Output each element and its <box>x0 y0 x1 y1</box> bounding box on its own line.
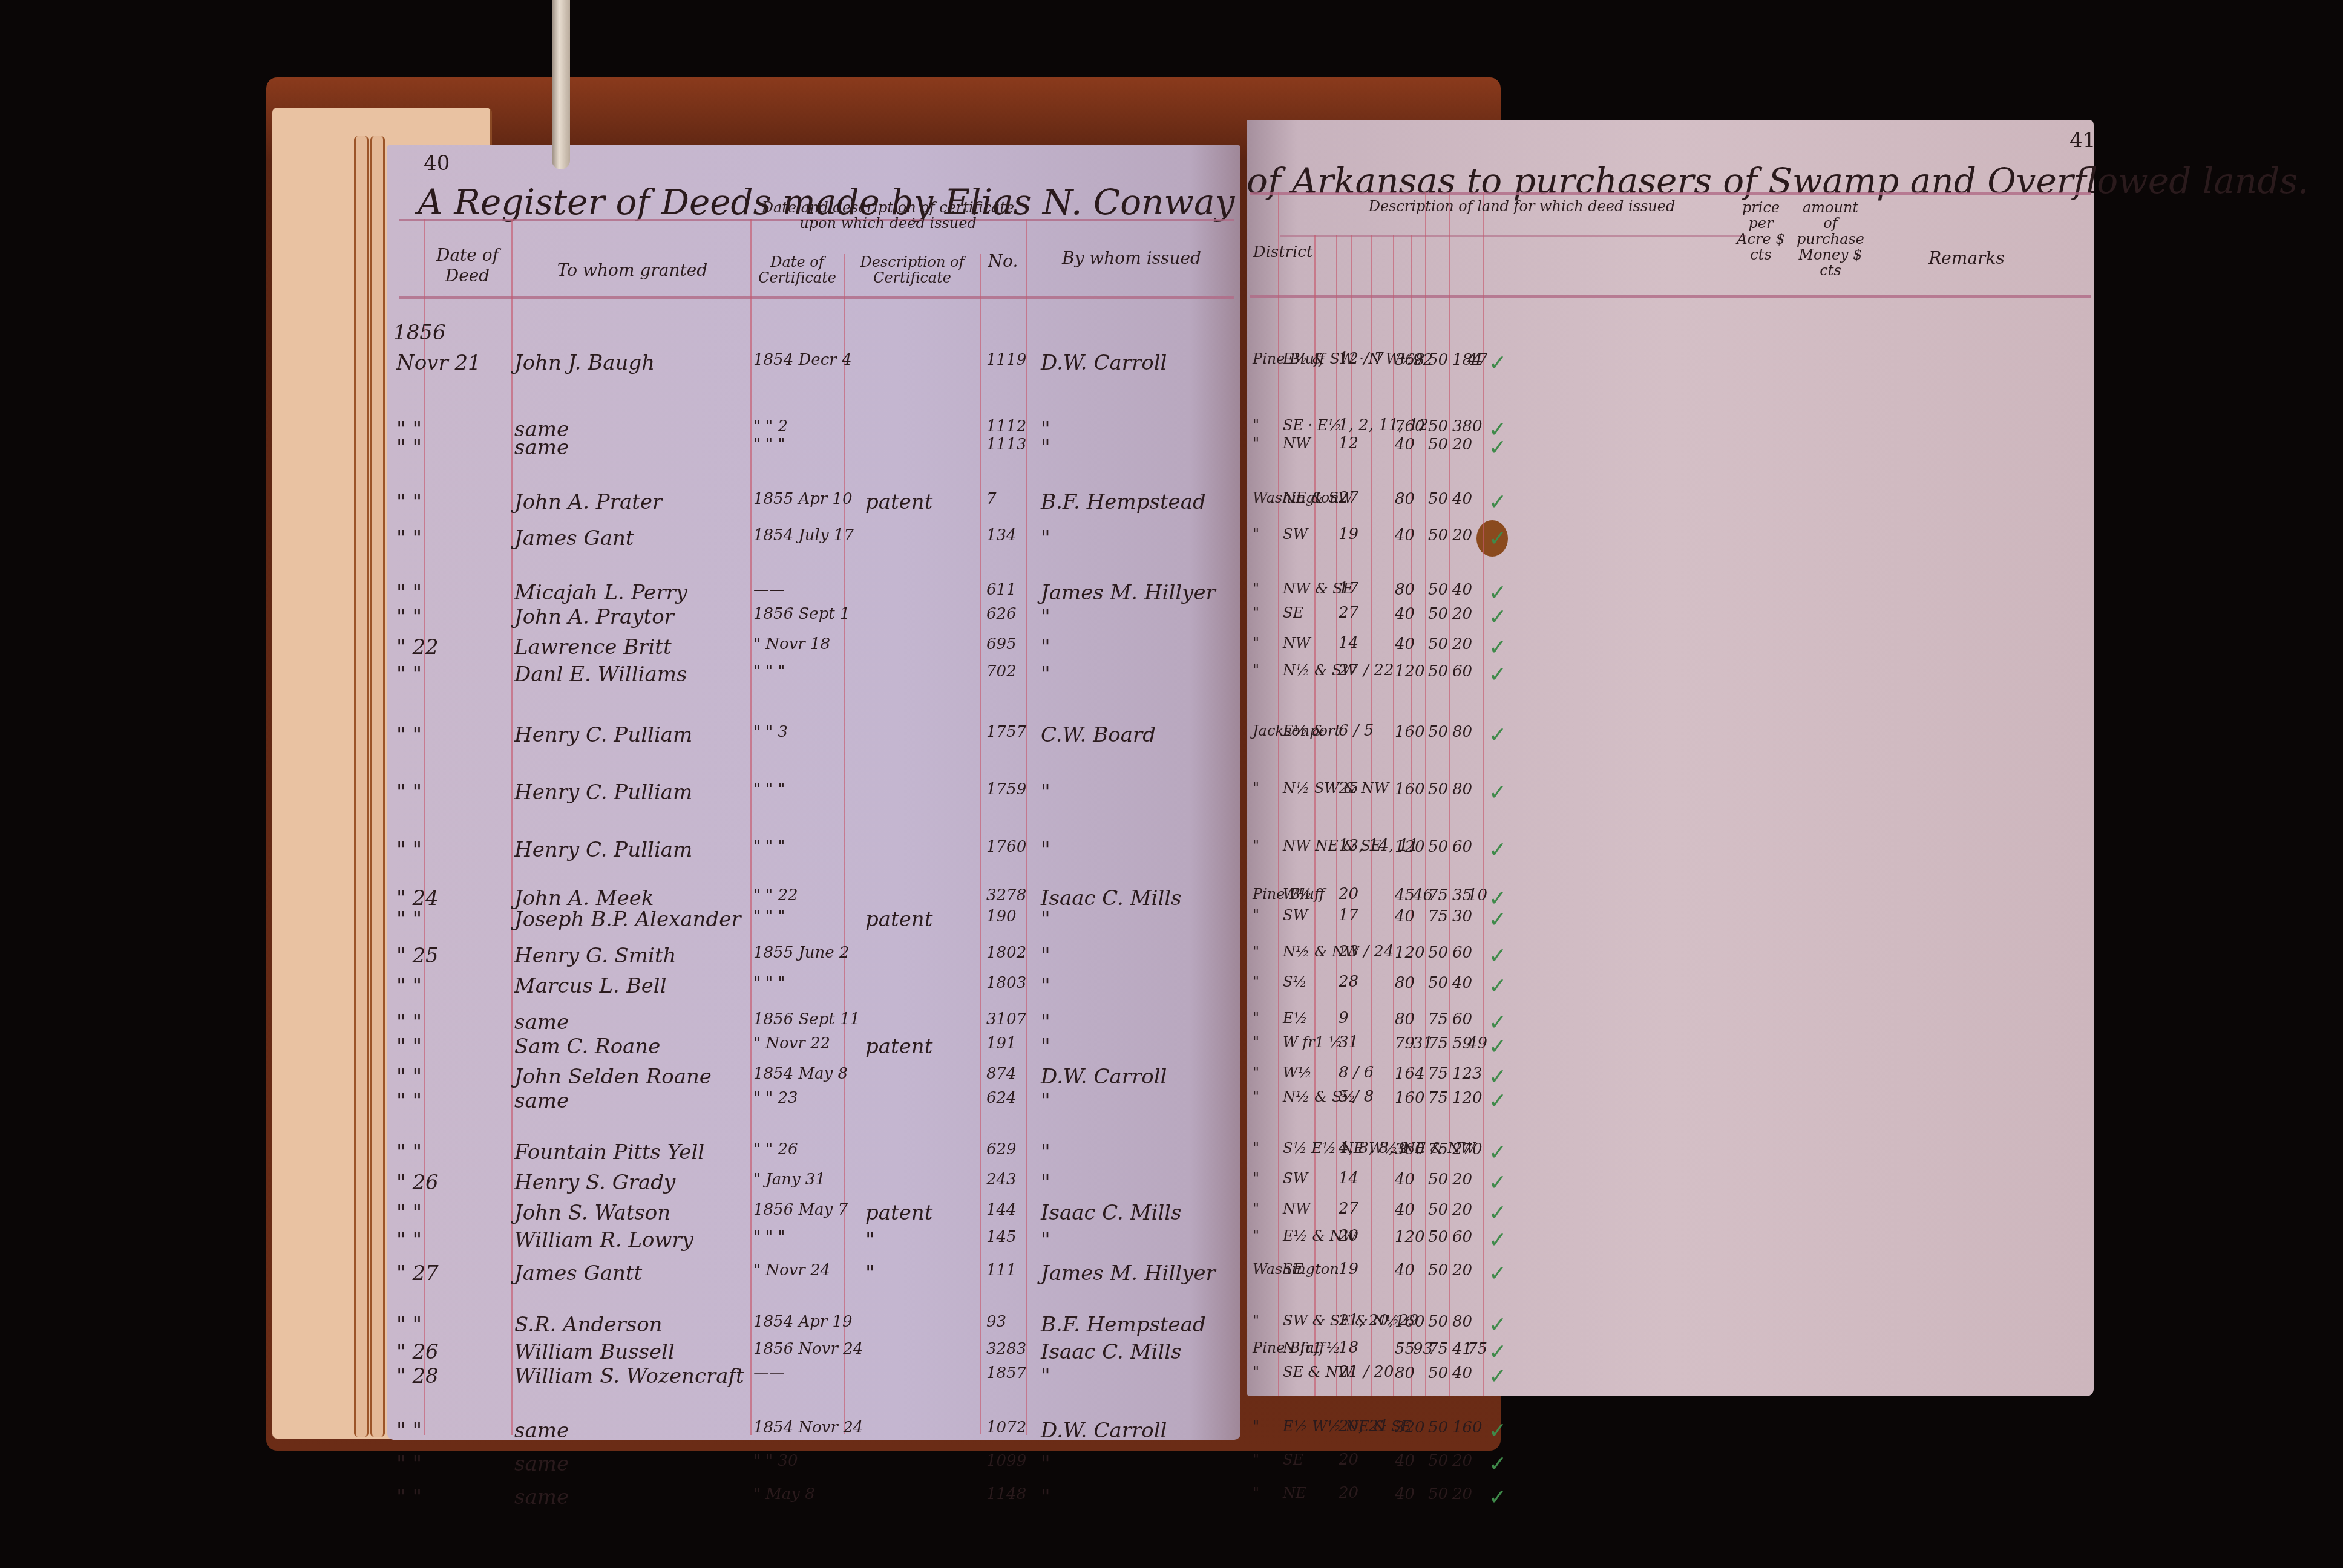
section: 14 <box>1339 1171 1358 1186</box>
issued-by: James M. Hillyer <box>1041 1261 1216 1285</box>
certificate-number: 3283 <box>986 1340 1026 1358</box>
certificate-number: 874 <box>986 1065 1017 1083</box>
grantee-name: Fountain Pitts Yell <box>514 1140 704 1165</box>
certificate-number: 695 <box>986 635 1017 653</box>
issued-by: D.W. Carroll <box>1041 1065 1167 1089</box>
district: " <box>1253 1171 1259 1186</box>
grantee-name: same <box>514 1452 569 1476</box>
certificate-date: " " " <box>753 838 785 856</box>
price-per-acre: 50 <box>1428 838 1448 856</box>
remarks-check: ✓ <box>1489 605 1507 630</box>
purchase-money: 20 <box>1452 1201 1472 1219</box>
date-of-deed: " " <box>396 1419 422 1443</box>
date-of-deed: " " <box>396 526 422 550</box>
header-remarks: Remarks <box>1876 248 2057 269</box>
certificate-date: " " 3 <box>753 723 788 741</box>
issued-by: B.F. Hempstead <box>1041 1313 1206 1337</box>
certificate-number: 626 <box>986 605 1017 623</box>
issued-by: " <box>1041 635 1050 659</box>
district: " <box>1253 1364 1259 1380</box>
certificate-number: 1802 <box>986 944 1026 962</box>
header-date-of-certificate: Date of Certificate <box>750 254 844 286</box>
acres: 360 <box>1395 1140 1425 1158</box>
remarks-check: ✓ <box>1489 838 1507 863</box>
header-land-group: Description of land for which deed issue… <box>1316 198 1728 214</box>
grantee-name: Micajah L. Perry <box>514 581 687 605</box>
acres: 40 <box>1395 635 1415 653</box>
date-of-deed: " 26 <box>396 1171 439 1195</box>
certificate-description: " <box>865 1261 875 1285</box>
acres: 120 <box>1395 838 1425 856</box>
date-of-deed: " " <box>396 436 422 460</box>
issued-by: " <box>1041 1010 1050 1034</box>
date-of-deed: " " <box>396 1228 422 1252</box>
remarks-check: ✓ <box>1489 1089 1507 1114</box>
district: " <box>1253 635 1259 651</box>
remarks-check: ✓ <box>1489 1140 1507 1165</box>
quarter-of-quarter: NW <box>1283 436 1311 451</box>
date-of-deed: " " <box>396 780 422 805</box>
certificate-number: 702 <box>986 662 1017 681</box>
purchase-money: 20 <box>1452 436 1472 454</box>
date-of-deed: " 28 <box>396 1364 439 1388</box>
grantee-name: William Bussell <box>514 1340 675 1364</box>
certificate-description: patent <box>865 1201 932 1225</box>
certificate-date: " Novr 18 <box>753 635 830 653</box>
certificate-date: 1854 May 8 <box>753 1065 848 1083</box>
purchase-money: 270 <box>1452 1140 1483 1158</box>
header-date-of-deed: Date of Deed <box>424 245 511 286</box>
section: 20 <box>1339 1485 1358 1501</box>
date-of-deed: " " <box>396 1034 422 1059</box>
price-per-acre: 50 <box>1428 1261 1448 1279</box>
issued-by: " <box>1041 1452 1050 1476</box>
section: 27 <box>1339 605 1358 621</box>
purchase-money: 30 <box>1452 907 1472 926</box>
remarks-check: ✓ <box>1489 780 1507 805</box>
date-of-deed: " 26 <box>396 1340 439 1364</box>
district: " <box>1253 417 1259 433</box>
district: " <box>1253 1065 1259 1080</box>
certificate-number: 7 <box>986 490 997 508</box>
column-rule <box>1351 235 1352 1396</box>
remarks-check: ✓ <box>1489 1228 1507 1253</box>
grantee-name: same <box>514 1010 569 1034</box>
section: 20, 21 <box>1339 1419 1389 1434</box>
acres: 45 <box>1395 886 1415 904</box>
certificate-description: patent <box>865 1034 932 1059</box>
quarter-of-quarter: SE <box>1283 1261 1303 1277</box>
acres: 40 <box>1395 1485 1415 1503</box>
certificate-number: 191 <box>986 1034 1017 1053</box>
certificate-date: " " " <box>753 436 785 454</box>
acres: 120 <box>1395 1228 1425 1246</box>
grantee-name: Sam C. Roane <box>514 1034 660 1059</box>
date-of-deed: " " <box>396 838 422 862</box>
certificate-date: " " 22 <box>753 886 798 904</box>
issued-by: Isaac C. Mills <box>1041 886 1182 910</box>
grantee-name: Henry C. Pulliam <box>514 780 692 805</box>
column-rule <box>980 254 981 1434</box>
price-per-acre: 75 <box>1428 1034 1448 1053</box>
section: 14 <box>1339 635 1358 651</box>
price-per-acre: 50 <box>1428 417 1448 436</box>
price-per-acre: 50 <box>1428 1313 1448 1331</box>
column-rule <box>511 219 513 1435</box>
acres: 164 <box>1395 1065 1425 1083</box>
grantee-name: John A. Praytor <box>514 605 674 629</box>
district: " <box>1253 605 1259 621</box>
grantee-name: John J. Baugh <box>514 351 655 375</box>
column-rule <box>1449 192 1450 1396</box>
acres: 55 <box>1395 1340 1415 1358</box>
remarks-check: ✓ <box>1489 1010 1507 1035</box>
certificate-date: " " 26 <box>753 1140 798 1158</box>
certificate-date: 1854 Decr 4 <box>753 351 851 369</box>
header-price-per-acre: price per Acre $ cts <box>1731 200 1791 263</box>
certificate-date: 1855 Apr 10 <box>753 490 853 508</box>
quarter-of-quarter: E½ <box>1283 1010 1308 1026</box>
date-of-deed: " 27 <box>396 1261 439 1285</box>
certificate-number: 1112 <box>986 417 1026 436</box>
acres: 40 <box>1395 1261 1415 1279</box>
quarter-of-quarter: W fr1 ½ <box>1283 1034 1343 1050</box>
acres: 160 <box>1395 1089 1425 1107</box>
header-rule <box>1250 192 2091 195</box>
ledger-right-page <box>1247 120 2094 1396</box>
district: " <box>1253 1313 1259 1328</box>
grantee-name: Danl E. Williams <box>514 662 687 687</box>
certificate-date: 1855 June 2 <box>753 944 850 962</box>
district: " <box>1253 1140 1259 1156</box>
price-per-acre: 50 <box>1428 1485 1448 1503</box>
section: 27 / 22 <box>1339 662 1394 678</box>
issued-by: " <box>1041 662 1050 687</box>
section: 19 <box>1339 1261 1358 1277</box>
acres: 80 <box>1395 974 1415 992</box>
purchase-money: 20 <box>1452 605 1472 623</box>
price-per-acre: 50 <box>1428 1228 1448 1246</box>
district: " <box>1253 1201 1259 1217</box>
acres: 160 <box>1395 1313 1425 1331</box>
issued-by: " <box>1041 436 1050 460</box>
certificate-number: 3278 <box>986 886 1026 904</box>
header-certificate-group: Date and description of certificate upon… <box>750 200 1026 231</box>
price-per-acre: 50 <box>1428 1452 1448 1470</box>
acres: 760 <box>1395 417 1425 436</box>
issued-by: " <box>1041 1140 1050 1165</box>
price-per-acre: 50 <box>1428 526 1448 544</box>
price-per-acre: 50 <box>1428 723 1448 741</box>
acres: 40 <box>1395 907 1415 926</box>
column-rule <box>1411 235 1412 1396</box>
issued-by: " <box>1041 907 1050 932</box>
quarter-of-quarter: NW <box>1283 1201 1311 1217</box>
issued-by: " <box>1041 944 1050 968</box>
price-per-acre: 50 <box>1428 1201 1448 1219</box>
issued-by: " <box>1041 526 1050 550</box>
date-of-deed: " " <box>396 605 422 629</box>
remarks-check: ✓ <box>1489 1340 1507 1365</box>
section: 8 / 6 <box>1339 1065 1374 1080</box>
certificate-number: 1148 <box>986 1485 1026 1503</box>
acres: 80 <box>1395 581 1415 599</box>
acres: 320 <box>1395 1419 1425 1437</box>
price-per-acre: 50 <box>1428 635 1448 653</box>
district: " <box>1253 1089 1259 1105</box>
certificate-date: " May 8 <box>753 1485 815 1503</box>
certificate-number: 1072 <box>986 1419 1026 1437</box>
section: 25 <box>1339 780 1358 796</box>
grantee-name: John Selden Roane <box>514 1065 712 1089</box>
purchase-money: 40 <box>1452 581 1472 599</box>
header-rule <box>1280 235 1746 237</box>
column-rule <box>1278 192 1279 1396</box>
price-per-acre: 75 <box>1428 1140 1448 1158</box>
quarter-of-quarter: S½ <box>1283 974 1307 990</box>
acres: 80 <box>1395 1010 1415 1028</box>
purchase-money: 80 <box>1452 1313 1472 1331</box>
remarks-check: ✓ <box>1489 944 1507 969</box>
column-rule <box>1026 219 1027 1435</box>
section: 17 <box>1339 907 1358 923</box>
remarks-check: ✓ <box>1489 436 1507 460</box>
district: " <box>1253 526 1259 542</box>
district: " <box>1253 436 1259 451</box>
grantee-name: William S. Wozencraft <box>514 1364 744 1388</box>
quarter-of-quarter: SE · E½ <box>1283 417 1342 433</box>
section: 19 <box>1339 526 1358 542</box>
purchase-money: 20 <box>1452 635 1472 653</box>
price-per-acre: 75 <box>1428 1010 1448 1028</box>
grantee-name: Henry S. Grady <box>514 1171 675 1195</box>
section: 12 / 7 <box>1339 351 1384 367</box>
certificate-date: 1856 Sept 11 <box>753 1010 860 1028</box>
certificate-date: " Novr 24 <box>753 1261 830 1279</box>
quarter-of-quarter: SW <box>1283 1171 1308 1186</box>
district: " <box>1253 780 1259 796</box>
issued-by: D.W. Carroll <box>1041 351 1167 375</box>
purchase-money: 60 <box>1452 1010 1472 1028</box>
purchase-money: 20 <box>1452 1261 1472 1279</box>
section: 28 <box>1339 974 1358 990</box>
purchase-money: 20 <box>1452 1452 1472 1470</box>
date-of-deed: " " <box>396 1201 422 1225</box>
certificate-number: 1099 <box>986 1452 1026 1470</box>
header-rule <box>399 296 1234 299</box>
quarter-of-quarter: SE <box>1283 1452 1303 1468</box>
issued-by: " <box>1041 605 1050 629</box>
certificate-number: 611 <box>986 581 1017 599</box>
date-of-deed: " " <box>396 1089 422 1113</box>
certificate-date: " Novr 22 <box>753 1034 830 1053</box>
column-rule <box>750 219 752 1435</box>
section: 23 / 24 <box>1339 944 1394 959</box>
certificate-date: " " 23 <box>753 1089 798 1107</box>
grantee-name: same <box>514 1485 569 1509</box>
certificate-date: 1856 May 7 <box>753 1201 848 1219</box>
purchase-money: 60 <box>1452 1228 1472 1246</box>
date-of-deed: " 24 <box>396 886 439 910</box>
certificate-number: 134 <box>986 526 1017 544</box>
certificate-number: 145 <box>986 1228 1017 1246</box>
purchase-money: 80 <box>1452 780 1472 799</box>
date-of-deed: " " <box>396 974 422 998</box>
header-purchase-money: amount of purchase Money $ cts <box>1794 200 1867 278</box>
issued-by: " <box>1041 1364 1050 1388</box>
price-per-acre: 50 <box>1428 351 1448 369</box>
grantee-name: James Gant <box>514 526 634 550</box>
acres: 120 <box>1395 662 1425 681</box>
certificate-date: " " 2 <box>753 417 788 436</box>
column-rule <box>844 254 845 1434</box>
acres: 79 <box>1395 1034 1415 1053</box>
certificate-date: 1854 Novr 24 <box>753 1419 863 1437</box>
certificate-date: 1854 Apr 19 <box>753 1313 853 1331</box>
date-of-deed: " " <box>396 907 422 932</box>
issued-by: James M. Hillyer <box>1041 581 1216 605</box>
certificate-number: 144 <box>986 1201 1017 1219</box>
remarks-check: ✓ <box>1489 1419 1507 1443</box>
certificate-date: 1856 Novr 24 <box>753 1340 863 1358</box>
certificate-number: 1803 <box>986 974 1026 992</box>
certificate-date: " " " <box>753 1228 785 1246</box>
certificate-date: 1854 July 17 <box>753 526 854 544</box>
purchase-money: 160 <box>1452 1419 1483 1437</box>
header-description-of-certificate: Description of Certificate <box>844 254 980 286</box>
acres: 40 <box>1395 526 1415 544</box>
section: 17 <box>1339 581 1358 596</box>
grantee-name: S.R. Anderson <box>514 1313 663 1337</box>
price-per-acre: 50 <box>1428 1171 1448 1189</box>
date-of-deed: " " <box>396 1065 422 1089</box>
column-rule <box>424 219 425 1435</box>
price-per-acre: 50 <box>1428 780 1448 799</box>
grantee-name: same <box>514 1419 569 1443</box>
date-of-deed: " 25 <box>396 944 439 968</box>
grantee-name: John S. Watson <box>514 1201 670 1225</box>
certificate-number: 1759 <box>986 780 1026 799</box>
certificate-number: 629 <box>986 1140 1017 1158</box>
column-rule <box>1483 192 1484 1396</box>
issued-by: " <box>1041 1171 1050 1195</box>
remarks-check: ✓ <box>1489 1201 1507 1226</box>
issued-by: " <box>1041 1089 1050 1113</box>
purchase-money: 40 <box>1452 974 1472 992</box>
remarks-check: ✓ <box>1489 1485 1507 1510</box>
section: 9 <box>1339 1010 1349 1026</box>
section: 31 <box>1339 1034 1358 1050</box>
price-per-acre: 75 <box>1428 1340 1448 1358</box>
district: " <box>1253 944 1259 959</box>
purchase-money: 40 <box>1452 490 1472 508</box>
acres: 160 <box>1395 723 1425 741</box>
certificate-number: 243 <box>986 1171 1017 1189</box>
district: " <box>1253 1452 1259 1468</box>
issued-by: " <box>1041 1485 1050 1509</box>
district: " <box>1253 662 1259 678</box>
purchase-money: 123 <box>1452 1065 1483 1083</box>
district: " <box>1253 1485 1259 1501</box>
header-number: No. <box>980 251 1026 272</box>
price-per-acre: 50 <box>1428 436 1448 454</box>
purchase-money: 120 <box>1452 1089 1483 1107</box>
date-of-deed: " " <box>396 662 422 687</box>
acres: 40 <box>1395 436 1415 454</box>
issued-by: Isaac C. Mills <box>1041 1201 1182 1225</box>
section: 18 <box>1339 1340 1358 1356</box>
page-edge <box>370 136 385 1437</box>
certificate-number: 111 <box>986 1261 1017 1279</box>
certificate-number: 93 <box>986 1313 1006 1331</box>
grantee-name: James Gantt <box>514 1261 642 1285</box>
remarks-check: ✓ <box>1489 526 1507 551</box>
section: 20 <box>1339 1452 1358 1468</box>
purchase-money: 20 <box>1452 526 1472 544</box>
district: " <box>1253 1034 1259 1050</box>
certificate-number: 624 <box>986 1089 1017 1107</box>
quarter-of-quarter: N½ SW & NW <box>1283 780 1389 796</box>
date-of-deed: " " <box>396 1010 422 1034</box>
remarks-check: ✓ <box>1489 1452 1507 1477</box>
purchase-money: 20 <box>1452 1485 1472 1503</box>
acres: 40 <box>1395 1171 1415 1189</box>
right-page-number: 41 <box>2069 128 2096 152</box>
column-rule <box>1371 235 1372 1396</box>
grantee-name: Marcus L. Bell <box>514 974 667 998</box>
issued-by: " <box>1041 1228 1050 1252</box>
quarter-of-quarter: E½ & <box>1283 723 1325 739</box>
issued-by: C.W. Board <box>1041 723 1156 747</box>
certificate-date: —— <box>753 581 785 599</box>
acres: 120 <box>1395 944 1425 962</box>
remarks-check: ✓ <box>1489 351 1507 376</box>
quarter-of-quarter: W½ <box>1283 1065 1312 1080</box>
grantee-name: Lawrence Britt <box>514 635 672 659</box>
issued-by: D.W. Carroll <box>1041 1419 1167 1443</box>
date-of-deed: " " <box>396 1485 422 1509</box>
remarks-check: ✓ <box>1489 1261 1507 1286</box>
quarter-of-quarter: W½ <box>1283 886 1312 902</box>
grantee-name: William R. Lowry <box>514 1228 693 1252</box>
issued-by: " <box>1041 838 1050 862</box>
certificate-number: 190 <box>986 907 1017 926</box>
acres: 40 <box>1395 605 1415 623</box>
date-of-deed: " 22 <box>396 635 439 659</box>
certificate-description: patent <box>865 490 932 514</box>
date-of-deed: " " <box>396 723 422 747</box>
certificate-number: 1857 <box>986 1364 1026 1382</box>
district: " <box>1253 838 1259 854</box>
price-per-acre: 50 <box>1428 944 1448 962</box>
price-per-acre: 50 <box>1428 605 1448 623</box>
issued-by: B.F. Hempstead <box>1041 490 1206 514</box>
section: 27 <box>1339 1201 1358 1217</box>
price-per-acre: 50 <box>1428 1419 1448 1437</box>
quarter-of-quarter: NW <box>1283 635 1311 651</box>
purchase-money: 80 <box>1452 723 1472 741</box>
purchase-money: 60 <box>1452 662 1472 681</box>
column-rule <box>1425 192 1426 1396</box>
grantee-name: Henry G. Smith <box>514 944 676 968</box>
section: 6 / 5 <box>1339 723 1374 739</box>
grantee-name: John A. Prater <box>514 490 662 514</box>
remarks-check: ✓ <box>1489 490 1507 515</box>
district: " <box>1253 581 1259 596</box>
purchase-money: 40 <box>1452 1364 1472 1382</box>
quarter-of-quarter: N fr1 ½ <box>1283 1340 1340 1356</box>
grantee-name: Henry C. Pulliam <box>514 838 692 862</box>
